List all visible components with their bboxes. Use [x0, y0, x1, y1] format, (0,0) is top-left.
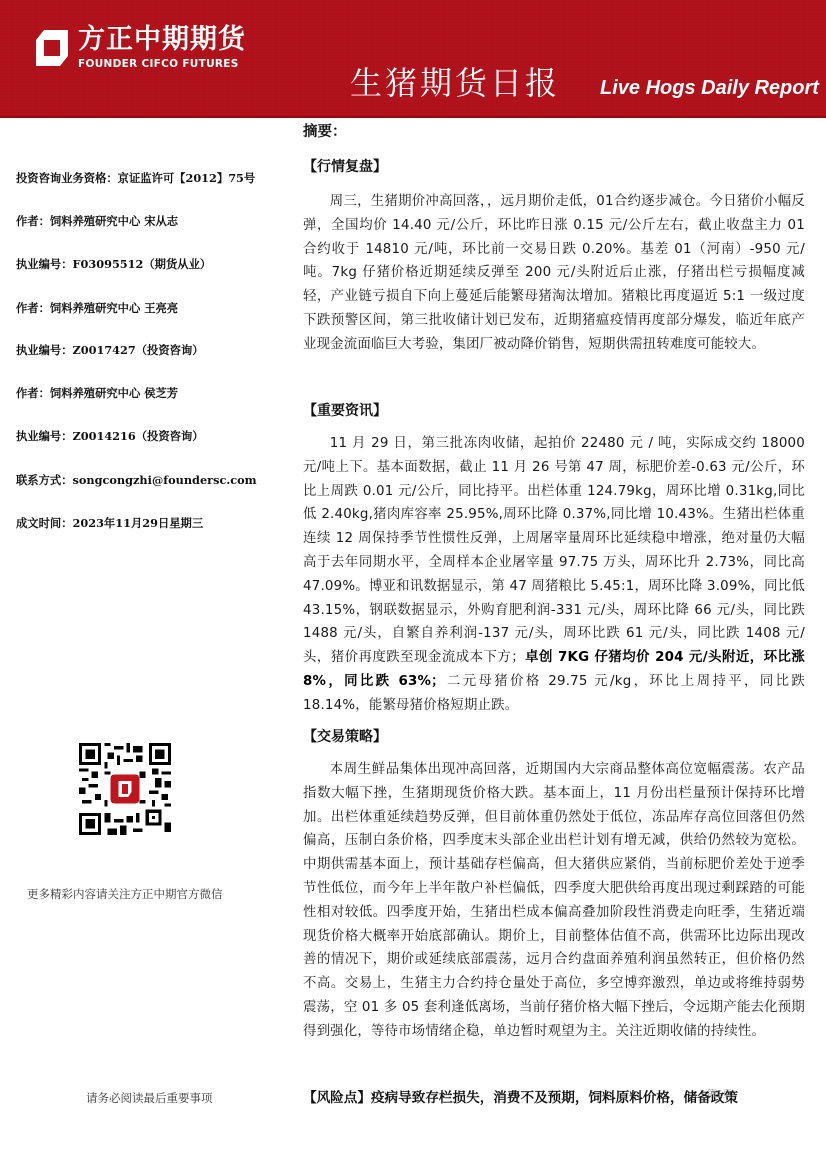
disclaimer-note: 请务必阅读最后重要事项 — [86, 1090, 213, 1106]
author-1: 作者：饲料养殖研究中心 宋从志 — [16, 213, 178, 229]
report-title: 生猪期货日报 — [350, 63, 560, 103]
key-news-text: 11 月 29 日，第三批冻肉收储，起拍价 22480 元 / 吨，实际成交约 … — [303, 436, 805, 665]
logo-mark-icon — [34, 28, 70, 72]
contact-email: 联系方式：songcongzhi@foundersc.com — [16, 472, 257, 488]
qr-code-icon — [79, 743, 171, 835]
key-news-paragraph: 11 月 29 日，第三批冻肉收储，起拍价 22480 元 / 吨，实际成交约 … — [303, 432, 805, 718]
publish-date: 成文时间：2023年11月29日星期三 — [16, 515, 203, 531]
section-heading-market-review: 【行情复盘】 — [303, 156, 387, 176]
market-review-paragraph: 周三，生猪期价冲高回落，，远月期价走低，01合约逐步减仓。今日猪价小幅反弹，全国… — [303, 190, 805, 357]
page-number: 第1页 — [707, 1086, 732, 1100]
license-info: 投资咨询业务资格：京证监许可【2012】75号 — [16, 170, 255, 186]
abstract-label: 摘要： — [303, 120, 347, 141]
license-number-2: 执业编号：Z0017427（投资咨询） — [16, 342, 204, 358]
license-number-1: 执业编号：F03095512（期货从业） — [16, 256, 211, 272]
risk-points: 【风险点】疫病导致存栏损失，消费不及预期，饲料原料价格，储备政策 — [303, 1086, 738, 1106]
license-number-3: 执业编号：Z0014216（投资咨询） — [16, 428, 204, 444]
company-logo: 方正中期期货 FOUNDER CIFCO FUTURES — [34, 24, 246, 72]
section-heading-trading-strategy: 【交易策略】 — [303, 726, 387, 746]
header-banner: 方正中期期货 FOUNDER CIFCO FUTURES 生猪期货日报 Live… — [0, 0, 826, 118]
section-heading-key-news: 【重要资讯】 — [303, 400, 387, 420]
report-title-english: Live Hogs Daily Report — [600, 76, 819, 100]
author-2: 作者：饲料养殖研究中心 王亮亮 — [16, 300, 178, 316]
author-3: 作者：饲料养殖研究中心 侯芝芳 — [16, 385, 178, 401]
wechat-follow-note: 更多精彩内容请关注方正中期官方微信 — [27, 886, 223, 902]
trading-strategy-paragraph: 本周生鲜品集体出现冲高回落，近期国内大宗商品整体高位宽幅震荡。农产品指数大幅下挫… — [303, 758, 805, 1044]
logo-chinese-name: 方正中期期货 — [78, 24, 246, 56]
logo-english-name: FOUNDER CIFCO FUTURES — [78, 57, 246, 71]
